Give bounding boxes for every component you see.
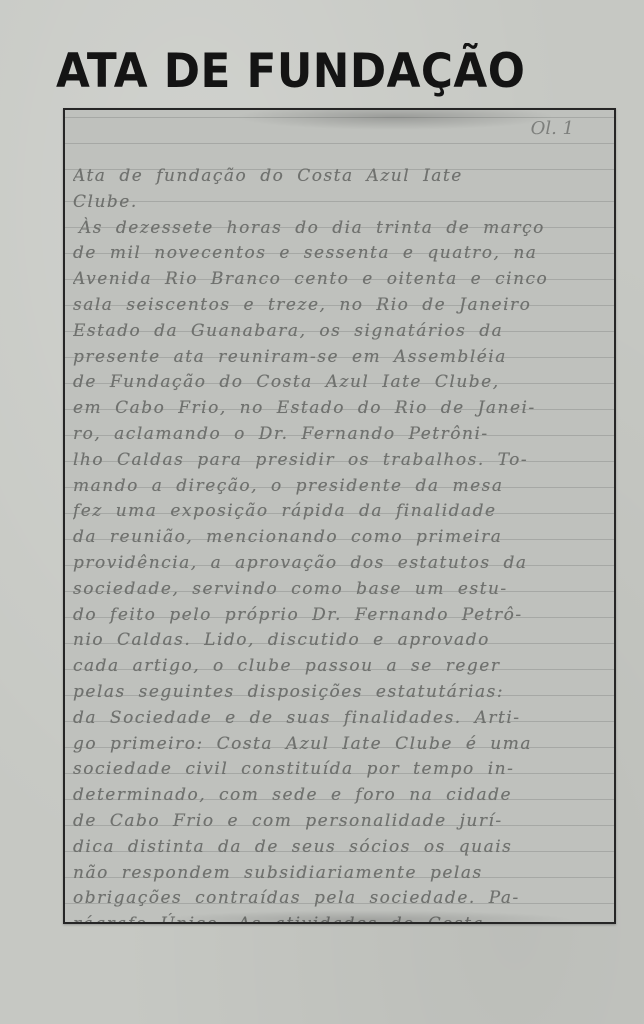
text-line: fez uma exposição rápida da finalidade bbox=[73, 499, 608, 525]
text-line: Às dezessete horas do dia trinta de març… bbox=[73, 216, 608, 242]
text-line: go primeiro: Costa Azul Iate Clube é uma bbox=[73, 732, 608, 758]
text-line: providência, a aprovação dos estatutos d… bbox=[73, 551, 608, 577]
text-line: nio Caldas. Lido, discutido e aprovado bbox=[73, 628, 608, 654]
document-title: ATA DE FUNDAÇÃO bbox=[56, 42, 586, 102]
text-line: Clube. bbox=[73, 190, 608, 216]
smudge-mark bbox=[235, 108, 555, 130]
text-line: do feito pelo próprio Dr. Fernando Petrô… bbox=[73, 603, 608, 629]
text-line: dica distinta da de seus sócios os quais bbox=[73, 835, 608, 861]
text-line: de Fundação do Costa Azul Iate Clube, bbox=[73, 370, 608, 396]
text-line: cada artigo, o clube passou a se reger bbox=[73, 654, 608, 680]
text-line: sociedade, servindo como base um estu- bbox=[73, 577, 608, 603]
text-line: sociedade civil constituída por tempo in… bbox=[73, 757, 608, 783]
text-line: Avenida Rio Branco cento e oitenta e cin… bbox=[73, 267, 608, 293]
text-line: da Sociedade e de suas finalidades. Arti… bbox=[73, 706, 608, 732]
handwritten-text-lines: Ata de fundação do Costa Azul Iate Clube… bbox=[73, 164, 608, 924]
page-number-mark: Ol. 1 bbox=[531, 118, 574, 139]
text-line: pelas seguintes disposições estatutárias… bbox=[73, 680, 608, 706]
text-line: mando a direção, o presidente da mesa bbox=[73, 474, 608, 500]
text-line: ro, aclamando o Dr. Fernando Petrôni- bbox=[73, 422, 608, 448]
text-line: de mil novecentos e sessenta e quatro, n… bbox=[73, 241, 608, 267]
text-line: de Cabo Frio e com personalidade jurí- bbox=[73, 809, 608, 835]
text-line: presente ata reuniram-se em Assembléia bbox=[73, 345, 608, 371]
text-line: Ata de fundação do Costa Azul Iate bbox=[73, 164, 608, 190]
text-line: da reunião, mencionando como primeira bbox=[73, 525, 608, 551]
handwritten-page: Ol. 1 Ata de fundação do Costa Azul Iate… bbox=[63, 108, 616, 924]
text-line: determinado, com sede e foro na cidade bbox=[73, 783, 608, 809]
text-line: Estado da Guanabara, os signatários da bbox=[73, 319, 608, 345]
text-line: lho Caldas para presidir os trabalhos. T… bbox=[73, 448, 608, 474]
smudge-mark bbox=[155, 910, 575, 924]
text-line: em Cabo Frio, no Estado do Rio de Janei- bbox=[73, 396, 608, 422]
text-line: não respondem subsidiariamente pelas bbox=[73, 861, 608, 887]
text-line: sala seiscentos e treze, no Rio de Janei… bbox=[73, 293, 608, 319]
text-line: obrigações contraídas pela sociedade. Pa… bbox=[73, 886, 608, 912]
